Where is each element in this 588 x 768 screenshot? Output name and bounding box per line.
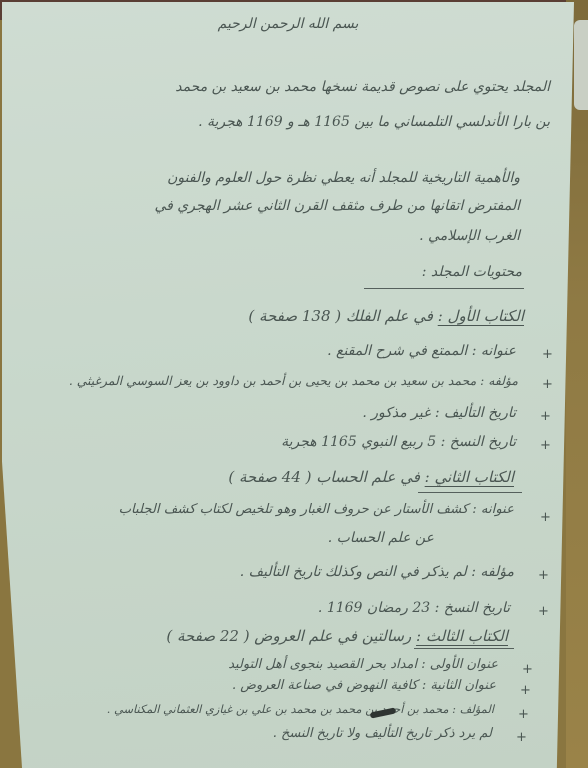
bullet-plus-icon: +: [538, 604, 549, 619]
bullet-plus-icon: +: [540, 438, 551, 453]
background-cloth: [574, 20, 588, 110]
book-2-item-copy-date: تاريخ النسخ : 23 رمضان 1169 .: [318, 600, 510, 616]
book-2-heading-underline: [418, 492, 522, 493]
intro-line-3: والأهمية التاريخية للمجلد أنه يعطي نظرة …: [167, 170, 520, 186]
book-1-item-title: عنوانه : الممتع في شرح المقنع .: [327, 343, 516, 359]
book-1-label: الكتاب الأول :: [438, 307, 524, 325]
bullet-plus-icon: +: [520, 683, 531, 698]
book-2-heading: الكتاب الثاني : في علم الحساب ( 44 صفحة …: [228, 468, 514, 486]
book-1-item-author: مؤلفه : محمد بن سعيد بن محمد بن يحيى بن …: [69, 373, 518, 388]
book-3-item-title-1: عنوان الأولى : امداد بحر القصيد بنجوى أه…: [228, 657, 498, 672]
bullet-plus-icon: +: [542, 377, 553, 392]
book-1-heading: الكتاب الأول : في علم الفلك ( 138 صفحة ): [248, 307, 524, 325]
bullet-plus-icon: +: [540, 510, 551, 525]
bullet-plus-icon: +: [518, 707, 529, 722]
paper-sheet: بسم الله الرحمن الرحيم المجلد يحتوي على …: [2, 2, 574, 768]
bullet-plus-icon: +: [522, 662, 533, 677]
intro-line-2: بن بارا الأندلسي التلمساني ما بين 1165 ه…: [198, 114, 550, 130]
book-2-item-title: عنوانه : كشف الأستار عن حروف الغبار وهو …: [119, 502, 514, 517]
bullet-plus-icon: +: [538, 568, 549, 583]
book-3-item-author: المؤلف : محمد بن أحمد بن محمد بن محمد بن…: [107, 702, 494, 716]
book-1-item-authoring-date: تاريخ التأليف : غير مذكور .: [362, 405, 516, 421]
intro-line-5: الغرب الإسلامي .: [419, 228, 520, 244]
book-3-item-title-2: عنوان الثانية : كافية النهوض في صناعة ال…: [232, 678, 496, 693]
book-3-heading-underline: [414, 648, 514, 649]
contents-heading-underline: [364, 288, 524, 289]
book-3-heading: الكتاب الثالث : رسالتين في علم العروض ( …: [166, 627, 508, 645]
book-2-item-author: مؤلفه : لم يذكر في النص وكذلك تاريخ التأ…: [240, 564, 514, 580]
book-2-label: الكتاب الثاني :: [425, 468, 514, 486]
bullet-plus-icon: +: [540, 409, 551, 424]
intro-line-4: المفترض اتقانها من طرف مثقف القرن الثاني…: [154, 198, 520, 214]
bullet-plus-icon: +: [542, 347, 553, 362]
book-1-item-copy-date: تاريخ النسخ : 5 ربيع النبوي 1165 هجرية: [281, 434, 516, 450]
intro-line-1: المجلد يحتوي على نصوص قديمة نسخها محمد ب…: [175, 79, 550, 95]
contents-heading: محتويات المجلد :: [422, 264, 522, 280]
basmala: بسم الله الرحمن الرحيم: [2, 16, 574, 32]
book-2-item-title-cont: عن علم الحساب .: [328, 530, 434, 546]
book-2-subject: في علم الحساب ( 44 صفحة ): [228, 468, 420, 486]
book-3-item-dates-note: لم يرد ذكر تاريخ التأليف ولا تاريخ النسخ…: [273, 726, 492, 741]
bullet-plus-icon: +: [516, 730, 527, 745]
book-3-subject: رسالتين في علم العروض ( 22 صفحة ): [166, 627, 411, 645]
book-3-label: الكتاب الثالث :: [416, 627, 508, 645]
book-1-subject: في علم الفلك ( 138 صفحة ): [248, 307, 433, 325]
